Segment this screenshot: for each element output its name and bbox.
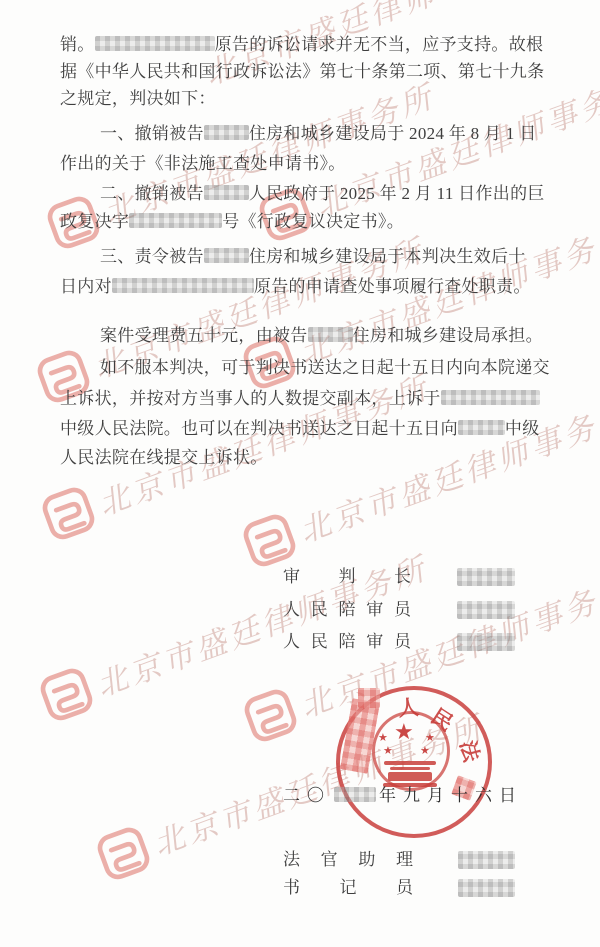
body-line: 案件受理费五十元，由被告住房和城乡建设局承担。 (100, 325, 543, 347)
judgment-date: 二〇年九月十六日 (283, 781, 523, 806)
redacted-text (308, 327, 353, 342)
seal-redacted-court-name (358, 688, 380, 708)
law-firm-logo-icon (238, 683, 302, 747)
signature-role-label: 审判长 (283, 566, 411, 588)
text-segment: 原告的诉讼请求并无不当，应予支持。故根 (215, 35, 544, 54)
body-line: 中级人民法院。也可以在判决书送达之日起十五日向中级 (60, 418, 540, 440)
signature-role-label: 人民陪审员 (283, 631, 411, 653)
emblem-small-star-icon: ★ (378, 733, 388, 744)
body-line: 如不服本判决，可于判决书送达之日起十五日内向本院递交 (100, 357, 550, 379)
text-segment: 住房和城乡建设局承担。 (353, 326, 543, 345)
signature-row: 法官助理 (283, 849, 413, 873)
text-segment: 上诉状，并按对方当事人的人数提交副本，上诉于 (60, 389, 441, 408)
seal-arc-char: 人 (397, 691, 421, 723)
redacted-text (204, 248, 249, 263)
text-segment: 住房和城乡建设局于 2024 年 8 月 1 日 (249, 124, 537, 143)
body-line: 一、撤销被告住房和城乡建设局于 2024 年 8 月 1 日 (100, 123, 537, 145)
text-segment: 中级 (505, 419, 540, 438)
signature-role-label: 法官助理 (283, 849, 413, 871)
text-segment: 二、撤销被告 (100, 184, 204, 203)
signature-role-label: 书记员 (283, 877, 413, 899)
text-segment: 中级人民法院。也可以在判决书送达之日起十五日向 (60, 419, 458, 438)
redacted-text (204, 185, 249, 200)
text-segment: 三、责令被告 (100, 247, 204, 266)
seal-ring (336, 686, 492, 838)
seal-redacted-court-name (340, 698, 380, 774)
redacted-text (129, 213, 222, 228)
date-suffix: 年九月十六日 (379, 786, 523, 805)
text-segment: 号《行政复议决定书》。 (222, 212, 404, 231)
watermark-band: 北京市盛廷律师事务所 (237, 386, 600, 572)
body-line: 销。原告的诉讼请求并无不当，应予支持。故根 (60, 34, 543, 56)
signature-row: 书记员 (283, 877, 413, 901)
redacted-name (457, 601, 515, 619)
body-line: 作出的关于《非法施工查处申请书》。 (60, 153, 346, 175)
date-prefix: 二〇 (283, 786, 331, 805)
text-segment: 人民政府于 2025 年 2 月 11 日作出的巨 (249, 184, 545, 203)
text-segment: 原告的申请查处事项履行查处职责。 (254, 277, 531, 296)
text-segment: 案件受理费五十元，由被告 (100, 326, 308, 345)
text-segment: 一、撤销被告 (100, 124, 204, 143)
body-line: 日内对原告的申请查处事项履行查处职责。 (60, 276, 531, 298)
emblem-gate-roof2 (390, 767, 430, 770)
emblem-small-star-icon: ★ (420, 746, 430, 757)
redacted-text (458, 420, 505, 435)
emblem-small-star-icon: ★ (425, 733, 435, 744)
redacted-text (441, 390, 540, 405)
text-segment: 日内对 (60, 277, 112, 296)
redacted-text (204, 125, 249, 140)
emblem-small-star-icon: ★ (383, 746, 393, 757)
date-redaction (334, 787, 376, 802)
text-segment: 政复决字 (60, 212, 129, 231)
emblem-gate-roof (384, 761, 436, 765)
signature-row: 人民陪审员 (283, 631, 411, 655)
law-firm-logo-icon (36, 481, 100, 545)
text-segment: 作出的关于《非法施工查处申请书》。 (60, 154, 346, 173)
law-firm-logo-icon (91, 821, 155, 885)
body-line: 人民法院在线提交上诉状。 (60, 447, 268, 469)
body-line: 之规定，判决如下： (60, 88, 216, 110)
text-segment: 人民法院在线提交上诉状。 (60, 448, 268, 467)
signature-role-label: 人民陪审员 (283, 599, 411, 621)
redacted-text (112, 278, 254, 293)
emblem-gate-body (388, 772, 432, 781)
body-line: 据《中华人民共和国行政诉讼法》第七十条第二项、第七十九条 (60, 61, 544, 83)
text-segment: 如不服本判决，可于判决书送达之日起十五日内向本院递交 (100, 358, 550, 377)
watermark-firm-name: 北京市盛廷律师事务所 (292, 389, 600, 551)
text-segment: 之规定，判决如下： (60, 89, 216, 108)
emblem-wreath (372, 711, 450, 791)
redacted-name (457, 568, 515, 586)
body-line: 上诉状，并按对方当事人的人数提交副本，上诉于 (60, 388, 540, 410)
text-segment: 住房和城乡建设局于本判决生效后十 (249, 247, 526, 266)
body-line: 三、责令被告住房和城乡建设局于本判决生效后十 (100, 246, 526, 268)
law-firm-logo-icon (237, 508, 301, 572)
signature-row: 审判长 (283, 566, 411, 590)
seal-arc-char: 法 (453, 737, 487, 765)
text-segment: 销。 (60, 35, 95, 54)
emblem-big-star-icon: ★ (394, 721, 414, 743)
redacted-name (458, 879, 515, 897)
redacted-name (457, 633, 515, 651)
law-firm-logo-icon (34, 662, 98, 726)
text-segment: 据《中华人民共和国行政诉讼法》第七十条第二项、第七十九条 (60, 62, 544, 81)
redacted-text (95, 36, 215, 51)
signature-row: 人民陪审员 (283, 599, 411, 623)
body-line: 二、撤销被告人民政府于 2025 年 2 月 11 日作出的巨 (100, 183, 545, 205)
watermark-firm-name: 北京市盛廷律师事务所 (91, 362, 435, 524)
judgment-page: 北京市盛廷律师事务所北京市盛廷律师事务所北京市盛廷律师事务所北京市盛廷律师事务所… (0, 0, 600, 947)
seal-arc-char: 民 (426, 701, 460, 738)
redacted-name (458, 851, 515, 869)
body-line: 政复决字号《行政复议决定书》。 (60, 211, 404, 233)
